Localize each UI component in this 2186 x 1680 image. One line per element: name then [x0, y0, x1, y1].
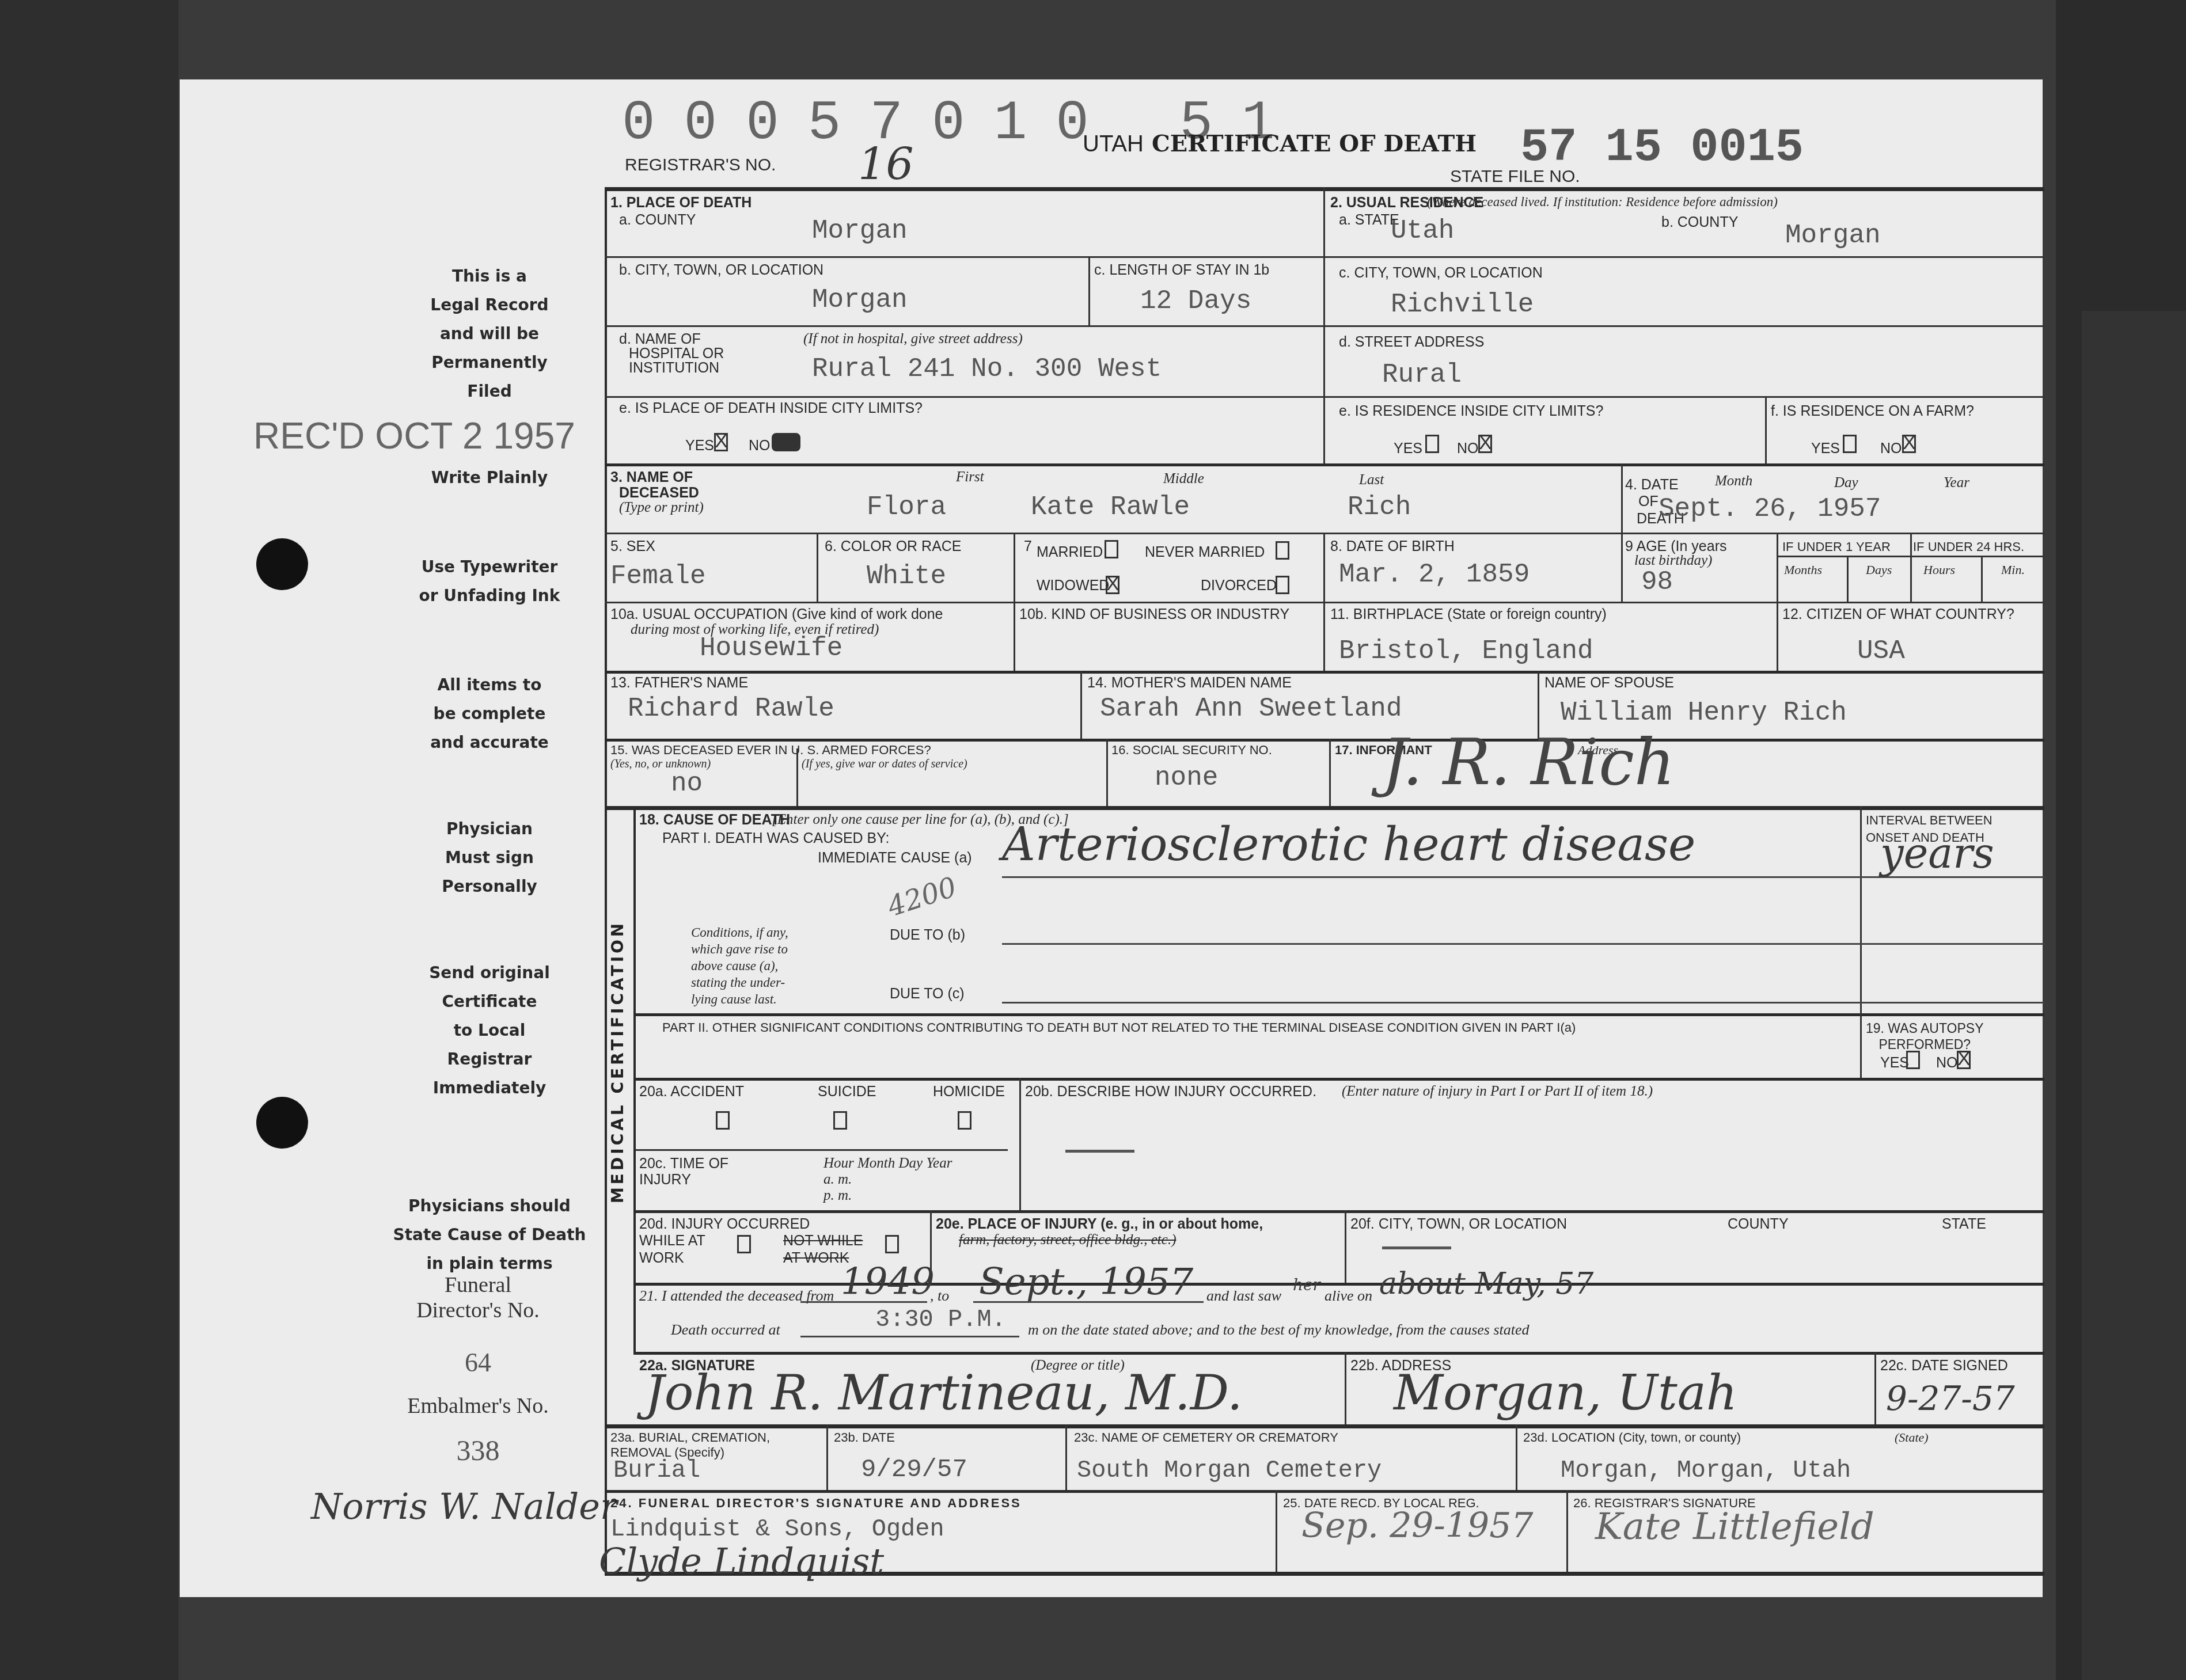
col-line [1065, 1424, 1067, 1490]
location-label: 23d. LOCATION (City, town, or county) [1523, 1430, 1741, 1445]
injury-describe-label: 20b. DESCRIBE HOW INJURY OCCURRED. [1025, 1084, 1316, 1100]
on-farm-yes-label: YES [1811, 440, 1840, 457]
col-line [1874, 1352, 1876, 1424]
burial-date-value: 9/29/57 [861, 1455, 967, 1484]
month-label: Month [1715, 473, 1752, 489]
col-line [1345, 1352, 1346, 1424]
margin-note-typewriter: Use Typewriter or Unfading Ink [392, 553, 587, 610]
col-line [1329, 739, 1331, 806]
autopsy-no-checkbox[interactable] [1957, 1051, 1971, 1069]
row-line [605, 1490, 2044, 1493]
mother-label: 14. MOTHER'S MAIDEN NAME [1087, 675, 1292, 691]
burial-label: 23a. BURIAL, CREMATION, REMOVAL (Specify… [610, 1430, 770, 1460]
col-line [1621, 463, 1623, 533]
year-label: Year [1944, 475, 1969, 491]
date-signed-value: 9-27-57 [1886, 1379, 2015, 1418]
pm-label: p. m. [823, 1188, 852, 1204]
inside-city-no-checkbox[interactable] [772, 433, 800, 451]
last-saw-pronoun: her [1293, 1275, 1320, 1294]
death-city-value: Morgan [812, 285, 908, 315]
margin-note-legal: This is a Legal Record and will be Perma… [397, 262, 582, 406]
injury-dash-mark [1065, 1150, 1134, 1153]
physician-address-value: Morgan, Utah [1394, 1364, 1737, 1421]
widowed-checkbox[interactable] [1106, 576, 1119, 594]
row-line [633, 1078, 2044, 1081]
time-injury-label: 20c. TIME OF INJURY [639, 1156, 728, 1188]
middle-name-label: Middle [1163, 471, 1204, 487]
injury-occurred-label: 20d. INJURY OCCURRED [639, 1216, 810, 1233]
col-line [826, 1424, 828, 1490]
burial-value: Burial [613, 1457, 700, 1484]
sex-value: Female [610, 561, 706, 591]
col-line [1847, 556, 1849, 602]
mother-value: Sarah Ann Sweetland [1100, 694, 1402, 724]
days-label: Days [1866, 562, 1892, 577]
armed-forces-value: no [671, 769, 703, 799]
death-occurred-tail: m on the date stated above; and to the b… [1028, 1321, 1530, 1339]
res-street-value: Rural [1382, 360, 1462, 390]
cemetery-label: 23c. NAME OF CEMETERY OR CREMATORY [1074, 1430, 1338, 1445]
spouse-value: William Henry Rich [1561, 698, 1847, 728]
col-line [1014, 533, 1015, 671]
divorced-checkbox[interactable] [1276, 576, 1289, 594]
injury-county-label: COUNTY [1728, 1216, 1789, 1233]
row-line [633, 1352, 2044, 1355]
hospital-hint: (If not in hospital, give street address… [803, 331, 1023, 347]
part1-label: PART I. DEATH WAS CAUSED BY: [662, 830, 890, 847]
occupation-label-1: 10a. USUAL OCCUPATION (Give kind of work… [610, 606, 943, 623]
res-inside-city-no-checkbox[interactable] [1478, 435, 1492, 453]
autopsy-no-label: NO [1936, 1055, 1958, 1071]
citizen-label: 12. CITIZEN OF WHAT COUNTRY? [1782, 606, 2014, 623]
date-of-death-value: Sept. 26, 1957 [1659, 494, 1881, 524]
res-city-value: Richville [1391, 290, 1534, 320]
under-24-hrs-label: IF UNDER 24 HRS. [1913, 539, 2024, 554]
alive-on-label: alive on [1324, 1287, 1372, 1305]
funeral-director-no-value: 64 [357, 1347, 599, 1378]
registrar-no-value: 16 [858, 138, 914, 189]
due-to-b-line[interactable] [1002, 943, 2044, 945]
date-of-death-label-2: OF [1638, 493, 1659, 510]
citizen-value: USA [1857, 636, 1905, 666]
on-farm-no-checkbox[interactable] [1902, 435, 1916, 453]
dob-value: Mar. 2, 1859 [1339, 560, 1530, 590]
attended-from-value: 1949 [841, 1261, 935, 1303]
col-line [1080, 671, 1082, 739]
res-street-label: d. STREET ADDRESS [1339, 334, 1484, 351]
col-line [1860, 806, 1862, 1078]
burial-date-label: 23b. DATE [834, 1430, 895, 1445]
attended-to-value: Sept., 1957 [979, 1261, 1193, 1303]
col-line [1765, 396, 1767, 463]
margin-note-write: Write Plainly [397, 463, 582, 492]
funeral-director-signature: Clyde Lindquist [599, 1540, 884, 1582]
res-county-value: Morgan [1785, 221, 1881, 250]
inside-city-no-label: NO [749, 438, 771, 454]
death-time-value: 3:30 P.M. [875, 1306, 1006, 1333]
punch-hole-top [256, 538, 308, 590]
col-line [1345, 1210, 1346, 1283]
col-line [1516, 1424, 1517, 1490]
attended-from-underline [800, 1301, 927, 1303]
death-occurred-label: Death occurred at [671, 1321, 780, 1339]
deceased-name-label-1: 3. NAME OF [610, 469, 693, 486]
last-saw-date: about May, 57 [1379, 1267, 1593, 1301]
day-label: Day [1834, 475, 1858, 491]
suicide-label: SUICIDE [818, 1084, 876, 1100]
registrar-signature: Kate Littlefield [1595, 1506, 1874, 1548]
spouse-label: NAME OF SPOUSE [1544, 675, 1674, 691]
last-saw-label: and last saw [1206, 1287, 1281, 1305]
place-injury-label-2: farm, factory, street, office bldg., etc… [959, 1232, 1176, 1248]
page-title: CERTIFICATE OF DEATH [1152, 130, 1477, 157]
interval-value: years [1880, 829, 1994, 877]
usual-residence-hint: (Where deceased lived. If institution: R… [1427, 195, 1778, 210]
on-farm-yes-checkbox[interactable] [1843, 435, 1857, 453]
deceased-name-label-2: DECEASED [619, 485, 699, 501]
col-line [1088, 256, 1090, 325]
row-line [633, 1149, 1008, 1151]
immediate-cause-value: Arteriosclerotic heart disease [1002, 818, 1695, 871]
accident-checkbox[interactable] [716, 1111, 730, 1130]
res-city-label: c. CITY, TOWN, OR LOCATION [1339, 265, 1543, 282]
col-line [817, 533, 818, 602]
injury-state-label: STATE [1942, 1216, 1986, 1233]
place-of-death-label: 1. PLACE OF DEATH [610, 195, 752, 211]
hours-label: Hours [1923, 562, 1955, 577]
row-line [633, 1013, 2044, 1016]
widowed-label: WIDOWED [1037, 577, 1109, 594]
due-to-b-label: DUE TO (b) [890, 927, 965, 944]
res-inside-city-yes-label: YES [1394, 440, 1422, 457]
title-state: UTAH [1083, 131, 1144, 157]
col-line [633, 806, 636, 1352]
due-to-c-line[interactable] [1002, 1002, 2044, 1004]
background-right-folder [2082, 311, 2186, 1680]
birthplace-label: 11. BIRTHPLACE (State or foreign country… [1330, 606, 1607, 623]
occupation-value: Housewife [700, 633, 842, 663]
due-to-c-label: DUE TO (c) [890, 986, 965, 1002]
death-time-underline [800, 1336, 1019, 1337]
homicide-label: HOMICIDE [933, 1084, 1005, 1100]
hospital-value: Rural 241 No. 300 West [812, 354, 1162, 384]
first-name-label: First [956, 469, 984, 485]
margin-note-cause: Physicians should State Cause of Death i… [380, 1192, 599, 1278]
armed-forces-hint-2: (If yes, give war or dates of service) [802, 758, 967, 771]
dob-label: 8. DATE OF BIRTH [1330, 538, 1455, 555]
punch-hole-bottom [256, 1097, 308, 1149]
res-state-value: Utah [1391, 216, 1454, 246]
row-line [605, 1424, 2044, 1428]
inside-city-label: e. IS PLACE OF DEATH INSIDE CITY LIMITS? [619, 400, 923, 417]
col-line [1106, 739, 1108, 806]
col-line [1621, 533, 1623, 602]
birthplace-value: Bristol, England [1339, 636, 1593, 666]
col-line [1323, 533, 1325, 671]
row-line [1777, 556, 2044, 557]
am-label: a. m. [823, 1172, 852, 1188]
suicide-checkbox[interactable] [833, 1111, 847, 1130]
race-label: 6. COLOR OR RACE [825, 538, 962, 555]
col-line [1019, 1078, 1021, 1210]
injury-describe-hint: (Enter nature of injury in Part I or Par… [1342, 1084, 1653, 1100]
part2-label: PART II. OTHER SIGNIFICANT CONDITIONS CO… [662, 1020, 1576, 1035]
injury-city-dash [1382, 1246, 1451, 1249]
length-of-stay-label: c. LENGTH OF STAY IN 1b [1094, 262, 1269, 279]
ssn-label: 16. SOCIAL SECURITY NO. [1111, 743, 1272, 758]
col-line [1566, 1490, 1568, 1572]
funeral-director-value: Lindquist & Sons, Ogden [610, 1515, 944, 1543]
row-line [633, 1210, 2044, 1213]
row-line [605, 671, 2044, 674]
embalmer-signature: Norris W. Nalder [311, 1485, 617, 1527]
father-label: 13. FATHER'S NAME [610, 675, 748, 691]
autopsy-yes-checkbox[interactable] [1906, 1051, 1920, 1069]
sex-label: 5. SEX [610, 538, 655, 555]
injury-city-label: 20f. CITY, TOWN, OR LOCATION [1350, 1216, 1567, 1233]
while-work-label: WHILE AT WORK [639, 1232, 705, 1267]
cause-of-death-label: 18. CAUSE OF DEATH [639, 812, 790, 828]
hospital-label-3: INSTITUTION [629, 360, 719, 377]
col-line [1777, 533, 1778, 671]
father-value: Richard Rawle [628, 694, 834, 724]
place-injury-label: 20e. PLACE OF INJURY (e. g., in or about… [936, 1216, 1263, 1233]
res-state-label: a. STATE [1339, 212, 1399, 229]
age-value: 98 [1641, 567, 1673, 597]
never-married-label: NEVER MARRIED [1145, 544, 1265, 561]
months-label: Months [1784, 562, 1822, 577]
embalmer-no-label: Embalmer's No. [357, 1393, 599, 1419]
married-label: MARRIED [1037, 544, 1103, 561]
age-label-2: last birthday) [1634, 553, 1712, 569]
on-farm-no-label: NO [1880, 440, 1902, 457]
res-inside-city-yes-checkbox[interactable] [1425, 435, 1439, 453]
death-county-label: a. COUNTY [619, 212, 696, 229]
married-checkbox[interactable] [1105, 540, 1118, 558]
death-county-value: Morgan [812, 216, 908, 246]
row-line [605, 739, 2044, 742]
informant-signature: J. R. Rich [1382, 725, 1675, 799]
registrar-no-label: REGISTRAR'S NO. [625, 155, 776, 175]
race-value: White [867, 561, 946, 591]
state-file-no-label: STATE FILE NO. [1450, 167, 1580, 187]
divorced-label: DIVORCED [1201, 577, 1277, 594]
immediate-cause-label: IMMEDIATE CAUSE (a) [818, 850, 972, 866]
not-while-work-checkbox[interactable] [885, 1235, 899, 1253]
deceased-name-label-3: (Type or print) [619, 500, 704, 516]
medical-certification-label: MEDICAL CERTIFICATION [608, 921, 627, 1203]
res-inside-city-no-label: NO [1457, 440, 1479, 457]
accident-label: 20a. ACCIDENT [639, 1084, 744, 1100]
length-of-stay-value: 12 Days [1140, 286, 1251, 316]
margin-note-physician: Physician Must sign Personally [397, 815, 582, 901]
margin-note-send: Send original Certificate to Local Regis… [392, 959, 587, 1103]
marital-label: 7 [1024, 538, 1032, 555]
res-county-label: b. COUNTY [1661, 214, 1738, 231]
while-work-checkbox[interactable] [737, 1235, 751, 1253]
received-stamp: REC'D OCT 2 1957 [253, 415, 575, 457]
row-line [605, 463, 2044, 466]
date-signed-label: 22c. DATE SIGNED [1880, 1358, 2008, 1374]
last-name-label: Last [1359, 472, 1384, 488]
col-line [1981, 556, 1983, 602]
on-farm-label: f. IS RESIDENCE ON A FARM? [1771, 403, 1974, 420]
col-line [1910, 533, 1912, 602]
location-value: Morgan, Morgan, Utah [1561, 1457, 1851, 1484]
autopsy-yes-label: YES [1880, 1055, 1909, 1071]
armed-forces-label: 15. WAS DECEASED EVER IN U. S. ARMED FOR… [610, 743, 931, 758]
inside-city-yes-checkbox[interactable] [714, 433, 728, 451]
under-1-year-label: IF UNDER 1 YEAR [1782, 539, 1891, 554]
col-line [1276, 1490, 1277, 1572]
conditions-hint: Conditions, if any, which gave rise to a… [691, 924, 788, 1008]
frame-left [605, 187, 607, 1575]
first-name-value: Flora [867, 492, 946, 522]
res-inside-city-label: e. IS RESIDENCE INSIDE CITY LIMITS? [1339, 403, 1603, 420]
min-label: Min. [2001, 562, 2025, 577]
physician-signature: John R. Martineau, M.D. [645, 1364, 1243, 1421]
row-line [605, 806, 2044, 810]
attended-to-label: , to [930, 1287, 949, 1305]
cemetery-value: South Morgan Cemetery [1077, 1457, 1382, 1484]
ssn-value: none [1155, 763, 1218, 793]
time-injury-fields: Hour Month Day Year [823, 1156, 952, 1172]
margin-note-complete: All items to be complete and accurate [397, 671, 582, 757]
date-of-death-label-1: 4. DATE [1625, 477, 1679, 493]
col-line [1323, 187, 1325, 463]
background-left [0, 0, 179, 1680]
location-state-label: (State) [1895, 1430, 1929, 1445]
never-married-checkbox[interactable] [1276, 541, 1289, 560]
inside-city-yes-label: YES [685, 438, 714, 454]
embalmer-no-value: 338 [357, 1434, 599, 1467]
death-city-label: b. CITY, TOWN, OR LOCATION [619, 262, 823, 279]
last-name-value: Rich [1348, 492, 1411, 522]
funeral-director-label: 24. FUNERAL DIRECTOR'S SIGNATURE AND ADD… [610, 1496, 1022, 1511]
funeral-director-no-label: Funeral Director's No. [357, 1272, 599, 1323]
date-recd-value: Sep. 29-1957 [1301, 1506, 1533, 1546]
homicide-checkbox[interactable] [958, 1111, 971, 1130]
attended-to-underline [973, 1301, 1204, 1303]
middle-name-value: Kate Rawle [1031, 492, 1190, 522]
business-label: 10b. KIND OF BUSINESS OR INDUSTRY [1019, 606, 1289, 623]
